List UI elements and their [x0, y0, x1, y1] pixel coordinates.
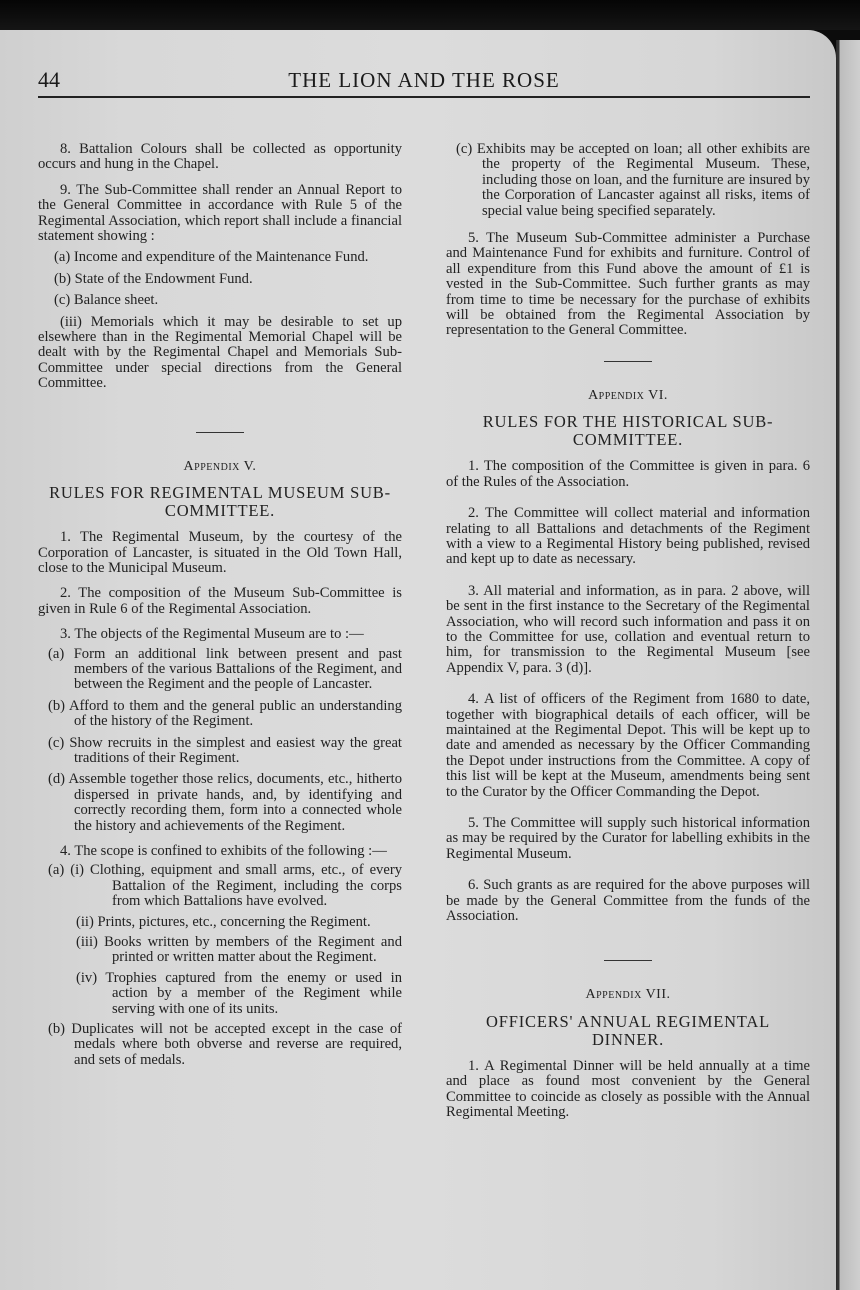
- paragraph-5: 5. The Museum Sub-Committee administer a…: [446, 231, 810, 339]
- list-item: (b) State of the Endowment Fund.: [38, 272, 402, 287]
- appendix-v-paragraph-4: 4. The scope is confined to exhibits of …: [38, 844, 402, 859]
- appendix-vii-heading: OFFICERS' ANNUAL REGIMENTAL DINNER.: [446, 1013, 810, 1049]
- list-item: (a) (i) Clothing, equipment and small ar…: [38, 863, 402, 909]
- book-spine: [837, 40, 839, 1290]
- list-item: (a) Income and expenditure of the Mainte…: [38, 250, 402, 265]
- paragraph-8: 8. Battalion Colours shall be collected …: [38, 142, 402, 173]
- list-item: (b) Duplicates will not be accepted exce…: [38, 1022, 402, 1068]
- left-column: 8. Battalion Colours shall be collected …: [38, 142, 402, 1074]
- list-item: (c) Exhibits may be accepted on loan; al…: [446, 142, 810, 219]
- paragraph-9: 9. The Sub-Committee shall render an Ann…: [38, 183, 402, 245]
- running-title: THE LION AND THE ROSE: [38, 68, 810, 93]
- list-item: (iii) Books written by members of the Re…: [38, 935, 402, 966]
- appendix-v-paragraph-3: 3. The objects of the Regimental Museum …: [38, 627, 402, 642]
- appendix-v-paragraph-1: 1. The Regimental Museum, by the courtes…: [38, 530, 402, 576]
- list-item: (d) Assemble together those relics, docu…: [38, 772, 402, 834]
- page-header: 44 THE LION AND THE ROSE: [38, 66, 810, 98]
- appendix-vi-label: Appendix VI.: [446, 388, 810, 403]
- list-item: (ii) Prints, pictures, etc., concerning …: [38, 915, 402, 930]
- section-divider: [604, 960, 652, 961]
- list-item: (a) Form an additional link between pres…: [38, 647, 402, 693]
- list-item: (iv) Trophies captured from the enemy or…: [38, 971, 402, 1017]
- appendix-vi-paragraph-2: 2. The Committee will collect material a…: [446, 506, 810, 568]
- appendix-vi-paragraph-3: 3. All material and information, as in p…: [446, 584, 810, 676]
- scan-background-top: [0, 0, 860, 30]
- book-page-edge: [836, 40, 860, 1290]
- right-column: (c) Exhibits may be accepted on loan; al…: [446, 142, 810, 1130]
- section-divider: [196, 432, 244, 433]
- list-item: (c) Show recruits in the simplest and ea…: [38, 736, 402, 767]
- appendix-vi-paragraph-6: 6. Such grants as are required for the a…: [446, 878, 810, 924]
- appendix-vi-paragraph-4: 4. A list of officers of the Regiment fr…: [446, 692, 810, 800]
- appendix-vii-paragraph-1: 1. A Regimental Dinner will be held annu…: [446, 1059, 810, 1121]
- section-divider: [604, 361, 652, 362]
- appendix-v-label: Appendix V.: [38, 459, 402, 474]
- paragraph-iii: (iii) Memorials which it may be desirabl…: [38, 315, 402, 392]
- list-item: (c) Balance sheet.: [38, 293, 402, 308]
- appendix-vi-heading: RULES FOR THE HISTORICAL SUB- COMMITTEE.: [446, 413, 810, 449]
- appendix-vi-paragraph-1: 1. The composition of the Committee is g…: [446, 459, 810, 490]
- list-item: (b) Afford to them and the general publi…: [38, 699, 402, 730]
- appendix-v-paragraph-2: 2. The composition of the Museum Sub-Com…: [38, 586, 402, 617]
- appendix-vii-label: Appendix VII.: [446, 987, 810, 1002]
- appendix-vi-paragraph-5: 5. The Committee will supply such histor…: [446, 816, 810, 862]
- appendix-v-heading: RULES FOR REGIMENTAL MUSEUM SUB- COMMITT…: [38, 484, 402, 520]
